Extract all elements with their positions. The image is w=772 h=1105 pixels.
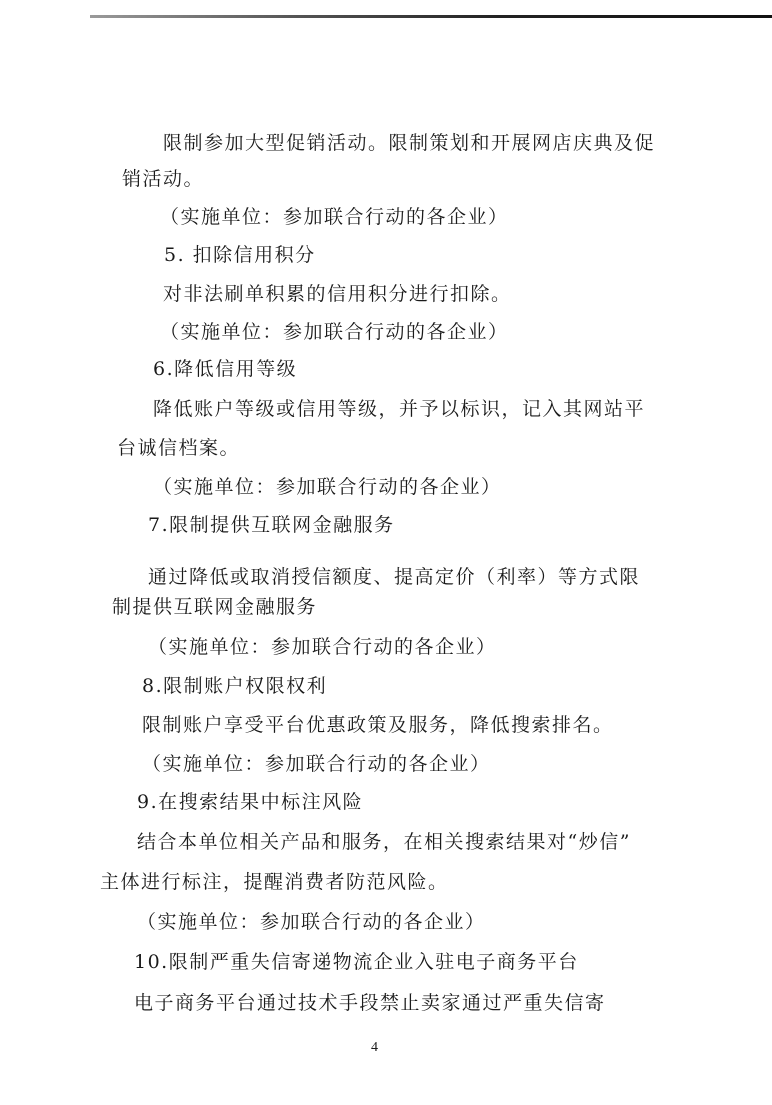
text-line: 电子商务平台通过技术手段禁止卖家通过严重失信寄 <box>134 991 606 1015</box>
text-line: 主体进行标注，提醒消费者防范风险。 <box>100 870 449 894</box>
text-line: （实施单位：参加联合行动的各企业） <box>148 635 497 659</box>
text-line: 结合本单位相关产品和服务，在相关搜索结果对“炒信” <box>137 830 631 854</box>
text-line: 销活动。 <box>122 167 204 191</box>
text-line: 对非法刷单积累的信用积分进行扣除。 <box>163 282 512 306</box>
text-line: 限制账户享受平台优惠政策及服务，降低搜索排名。 <box>142 713 614 737</box>
text-line: （实施单位：参加联合行动的各企业） <box>160 205 509 229</box>
text-line: （实施单位：参加联合行动的各企业） <box>142 752 491 776</box>
text-line: （实施单位：参加联合行动的各企业） <box>137 910 486 934</box>
text-line: （实施单位：参加联合行动的各企业） <box>160 320 509 344</box>
text-line: 限制参加大型促销活动。限制策划和开展网店庆典及促 <box>163 131 655 155</box>
text-line: 通过降低或取消授信额度、提高定价（利率）等方式限 <box>148 565 640 589</box>
text-line: 6.降低信用等级 <box>153 357 297 381</box>
header-rule <box>90 15 772 18</box>
page-number: 4 <box>371 1040 378 1056</box>
text-line: 8.限制账户权限权利 <box>142 674 327 698</box>
text-line: 10.限制严重失信寄递物流企业入驻电子商务平台 <box>134 950 579 974</box>
text-line: 7.限制提供互联网金融服务 <box>148 513 395 537</box>
text-line: （实施单位：参加联合行动的各企业） <box>153 475 502 499</box>
text-line: 5. 扣除信用积分 <box>164 243 316 267</box>
text-line: 降低账户等级或信用等级，并予以标识，记入其网站平 <box>153 397 645 421</box>
text-line: 台诚信档案。 <box>117 436 240 460</box>
text-line: 9.在搜索结果中标注风险 <box>137 790 363 814</box>
text-line: 制提供互联网金融服务 <box>112 595 317 619</box>
